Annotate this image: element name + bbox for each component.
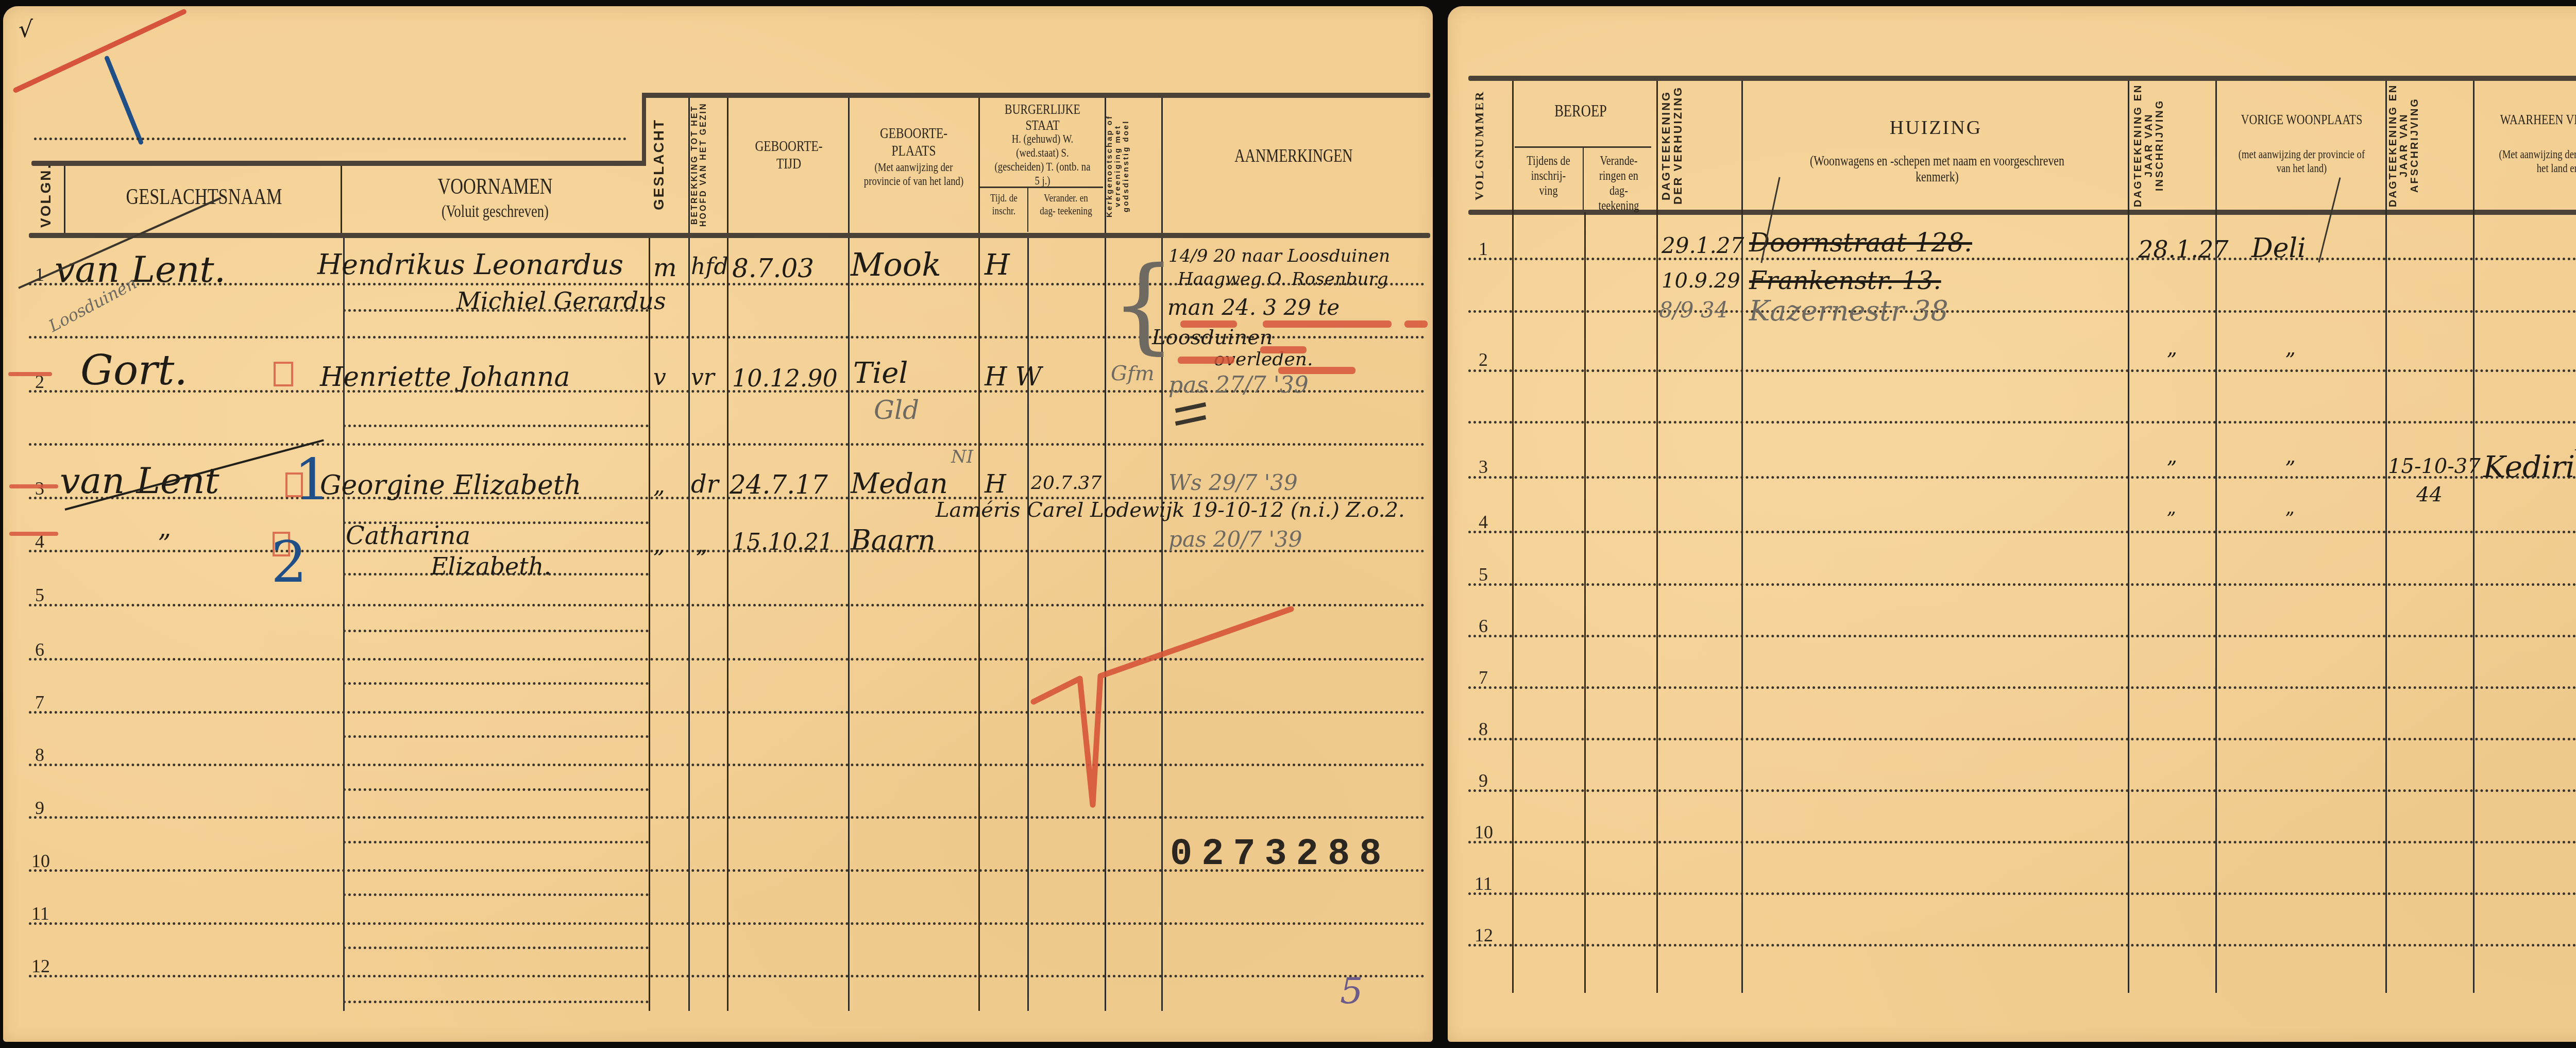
check-mark-icon: √ <box>19 16 33 43</box>
geslacht-row-1: m <box>653 253 677 282</box>
sub-line <box>343 630 649 632</box>
voornamen-row-4-line2: Elizabeth. <box>431 552 551 580</box>
row-number: 12 <box>31 955 50 977</box>
red-tick-mark <box>9 532 58 536</box>
geboorteplaats-row-1: Mook <box>851 246 941 283</box>
header-dagteekening-afschrijving: DAGTEEKENING EN JAAR VAN AFSCHRIJVING <box>2388 83 2470 207</box>
red-box-mark <box>274 362 293 386</box>
header-waarheen-sub: (Met aanwijzing der provincie of van het… <box>2495 148 2576 176</box>
row-number: 7 <box>35 691 44 713</box>
col-line <box>2128 81 2129 993</box>
double-dash-mark <box>1175 402 1206 413</box>
betrekking-row-1: hfd <box>691 253 728 280</box>
header-col-line <box>341 166 342 233</box>
aanmerking-row-2: pas 27/7 '39 <box>1168 372 1309 398</box>
body-col-line <box>649 238 650 1011</box>
geslachtsnaam-row-3: van Lent <box>60 460 219 502</box>
inschrijving-row-2: ” <box>2166 349 2177 373</box>
header-voornamen: VOORNAMEN <box>377 174 614 199</box>
geslacht-row-2: v <box>653 364 666 391</box>
huizing-address-3: Kazernestr 38 <box>1749 295 1948 327</box>
voornamen-row-3: Georgine Elizabeth <box>320 470 581 501</box>
header-step <box>642 93 646 166</box>
row-line-2 <box>1468 369 2576 372</box>
beroep-subdivider <box>1583 148 1584 210</box>
betrekking-row-3: dr <box>691 470 719 499</box>
geboorteplaats-row-2-province: Gld <box>874 395 919 425</box>
header-col-line <box>688 98 690 233</box>
col-line <box>2215 81 2217 993</box>
row-number: 10 <box>1475 821 1493 843</box>
header-waarheen: WAARHEEN VERTROKKEN <box>2495 112 2576 128</box>
serial-number: 0273288 <box>1170 833 1391 875</box>
header-dagteekening-verhuizing: DAGTEEKENING DER VERHUIZING <box>1660 83 1737 207</box>
header-huizing: HUIZING <box>1744 117 2128 139</box>
voornamen-row-4: Catharina <box>346 521 470 550</box>
row-number: 9 <box>1479 770 1488 791</box>
kerkgenootschap-row-2: Gfm <box>1111 362 1155 385</box>
aanmerking-row-1-line3: man 24. 3 29 te <box>1167 295 1340 320</box>
red-underline <box>1180 320 1237 328</box>
voornamen-row-1: Hendrikus Leonardus <box>317 248 623 281</box>
verhuizing-date-3: 8/9 34 <box>1659 297 1728 323</box>
row-number: 2 <box>1479 349 1488 370</box>
header-dotted-line <box>34 138 626 140</box>
header-top-rule-right <box>642 93 1430 98</box>
body-col-line <box>978 238 980 1011</box>
row-line-5 <box>1468 583 2576 586</box>
row-number: 8 <box>35 744 44 766</box>
bs-subdivider <box>1027 188 1028 232</box>
aanmerking-row-1-line2: Haagweg O. Rosenburg <box>1178 269 1388 290</box>
header-voornamen-sub: (Voluit geschreven) <box>377 202 614 222</box>
row-line <box>29 443 1425 446</box>
header-bottom-rule <box>29 233 1430 238</box>
header-huizing-sub: (Woonwagens en -schepen met naam en voor… <box>1797 153 2078 185</box>
body-col-line <box>727 238 728 1011</box>
header-col-line <box>1105 98 1106 233</box>
row-line-11 <box>1468 892 2576 895</box>
geboorteplaats-row-3-note: NI <box>951 447 973 467</box>
row-line-4 <box>1468 531 2576 533</box>
geboortetijd-row-3: 24.7.17 <box>730 470 828 500</box>
sub-line <box>343 735 649 738</box>
row-number: 5 <box>35 584 44 606</box>
sub-line <box>343 425 649 427</box>
col-line <box>2385 81 2387 993</box>
inschrijving-row-3: ” <box>2166 457 2177 481</box>
header-top-rule <box>1468 76 2576 81</box>
header-burgerlijke-staat-sub: H. (gehuwd) W. (wed.staat) S. (gescheide… <box>993 132 1092 188</box>
body-col-line <box>848 238 850 1011</box>
bs-verander-row-3: 20.7.37 <box>1031 472 1101 494</box>
header-geboorteplaats-sub: (Met aanwijzing der provincie of van het… <box>862 161 965 189</box>
row-number: 9 <box>35 797 44 819</box>
header-col-line <box>978 98 980 233</box>
geboortetijd-row-4: 15.10.21 <box>732 529 833 555</box>
aanmerking-row-1-line4: Loosduinen <box>1152 326 1273 349</box>
afschrijving-row-3-note: 44 <box>2416 483 2443 506</box>
header-bs-tijd: Tijd. de inschr. <box>985 192 1023 217</box>
bottom-mark: 5 <box>1340 970 1363 1012</box>
row-line-1 <box>1468 258 2576 260</box>
col-line <box>2473 81 2475 993</box>
header-kerkgenootschap: Kerkgenootschap of vereeniging met godsd… <box>1106 102 1160 230</box>
sub-line <box>343 1001 649 1003</box>
red-underline <box>1260 346 1307 353</box>
pen-stroke <box>2318 177 2341 263</box>
header-geboortetijd: GEBOORTE- TIJD <box>742 138 835 172</box>
verhuizing-date-2: 10.9.29 <box>1662 269 1740 293</box>
spouse-note-row-3: Laméris Carel Lodewijk 19-10-12 (n.i.) Z… <box>936 498 1405 522</box>
geslacht-row-3: „ <box>653 472 665 499</box>
header-aanmerkingen: AANMERKINGEN <box>1191 145 1396 166</box>
row-number: 11 <box>1475 873 1493 894</box>
sub-line <box>343 841 649 843</box>
row-number: 8 <box>1479 718 1488 740</box>
vorige-woonplaats-row-3: ” <box>2285 457 2295 481</box>
row-line-6 <box>1468 635 2576 637</box>
geslachtsnaam-row-2: Gort. <box>80 346 188 394</box>
header-beroep-veranderingen: Verande- ringen en dag- teekening <box>1590 153 1647 213</box>
header-betrekking: BETREKKING TOT HET HOOFD VAN HET GEZIN <box>691 102 727 228</box>
aanmerking-row-1-line1: 14/9 20 naar Loosduinen <box>1168 246 1390 266</box>
betrekking-row-2: vr <box>691 364 715 391</box>
geboorteplaats-row-4: Baarn <box>851 524 936 556</box>
red-tick-mark <box>9 484 58 488</box>
geboortetijd-row-2: 10.12.90 <box>732 364 838 392</box>
col-line <box>1512 81 1514 993</box>
row-number: 7 <box>1479 667 1488 688</box>
row-number: 3 <box>1479 456 1488 478</box>
left-registration-card: √ VOLGN. GESLACHTSNAAM VOORNAMEN (Voluit… <box>3 6 1433 1042</box>
header-volgnummer: VOLGNUMMER <box>1473 83 1510 207</box>
bs-tijd-row-2: H W <box>985 362 1042 392</box>
body-col-line <box>688 238 690 1011</box>
red-pencil-stroke <box>12 8 188 93</box>
col-line <box>1656 81 1658 993</box>
header-geslacht: GESLACHT <box>651 102 682 228</box>
right-registration-card: VOLGNUMMER BEROEP Tijdens de inschrij- v… <box>1448 6 2576 1042</box>
row-line-12 <box>29 975 1425 977</box>
aanmerking-row-4: pas 20/7 '39 <box>1168 527 1302 552</box>
geslachtsnaam-row-4: ” <box>158 529 171 559</box>
afschrijving-row-3: 15-10-37 <box>2388 454 2481 478</box>
sub-line <box>343 682 649 685</box>
red-check-mark-icon <box>1028 588 1296 815</box>
col-line <box>1584 212 1586 993</box>
row-number: 10 <box>31 850 50 872</box>
row-line-9 <box>29 816 1425 819</box>
row-line-10 <box>1468 841 2576 843</box>
red-underline <box>1178 357 1234 364</box>
sub-line <box>343 946 649 949</box>
header-col-line <box>1161 98 1163 233</box>
row-number: 6 <box>1479 615 1488 637</box>
row-number: 12 <box>1475 924 1493 946</box>
header-volgn: VOLGN. <box>38 171 59 228</box>
inschrijving-row-1: 28.1.27 <box>2138 235 2229 263</box>
vorige-woonplaats-row-2: ” <box>2285 349 2295 373</box>
row-line-11 <box>29 922 1425 925</box>
geboortetijd-row-1: 8.7.03 <box>732 253 814 283</box>
huizing-address-2: Frankenstr. 13. <box>1749 266 1941 295</box>
aanmerking-row-3: Ws 29/7 '39 <box>1168 470 1298 495</box>
header-col-line <box>727 98 728 233</box>
vorige-woonplaats-row-1: Deli <box>2251 233 2306 264</box>
waarheen-row-3-note: 14381 <box>2573 434 2576 455</box>
row-number: 6 <box>35 639 44 661</box>
header-burgerlijke-staat: BURGERLIJKE STAAT <box>993 102 1092 134</box>
sub-line <box>343 788 649 791</box>
header-vorige-woonplaats: VORIGE WOONPLAATS <box>2236 112 2367 128</box>
bs-divider <box>979 187 1103 188</box>
red-underline <box>1263 320 1392 328</box>
bs-tijd-row-3: H <box>985 470 1006 499</box>
blue-pencil-stroke <box>104 55 144 145</box>
verhuizing-date-1: 29.1.27 <box>1662 233 1744 258</box>
red-tick-mark <box>8 372 52 376</box>
row-number: 5 <box>1479 564 1488 585</box>
row-line-7 <box>1468 686 2576 689</box>
bs-tijd-row-1: H <box>985 248 1010 282</box>
header-geboorteplaats: GEBOORTE- PLAATS <box>862 125 965 159</box>
header-top-rule-left <box>31 161 645 166</box>
geboorteplaats-row-3: Medan <box>851 467 948 500</box>
row-number: 4 <box>1479 511 1488 533</box>
red-underline <box>1404 320 1428 328</box>
blue-mark-2: 2 <box>271 529 307 595</box>
row-number: 1 <box>1479 238 1488 260</box>
double-dash-mark <box>1175 415 1206 426</box>
col-line <box>1741 81 1743 993</box>
voornamen-row-1-line2: Michiel Gerardus <box>456 287 666 315</box>
row-number: 1 <box>35 264 44 285</box>
row-line <box>1468 310 2576 313</box>
header-beroep-tijdens: Tijdens de inschrij- ving <box>1521 153 1575 198</box>
header-col-line <box>64 166 65 233</box>
header-vorige-woonplaats-sub: (met aanwijzing der provincie of van het… <box>2236 148 2367 176</box>
row-line-8 <box>1468 738 2576 740</box>
waarheen-row-3: Kediri <box>2483 449 2575 484</box>
betrekking-row-4: „ <box>696 532 708 558</box>
row-line <box>1468 421 2576 424</box>
row-line-12 <box>1468 944 2576 946</box>
huizing-address-1: Doornstraat 128. <box>1749 228 1972 258</box>
header-beroep: BEROEP <box>1529 102 1633 121</box>
header-col-line <box>848 98 850 233</box>
vorige-woonplaats-row-4: ” <box>2285 509 2294 530</box>
inschrijving-row-4: ” <box>2166 509 2176 530</box>
geslacht-row-4: „ <box>653 532 665 558</box>
row-line-9 <box>1468 789 2576 792</box>
row-number: 3 <box>35 478 44 499</box>
sub-line <box>343 893 649 896</box>
geslachtsnaam-row-1: van Lent. <box>55 248 226 291</box>
row-number: 11 <box>31 903 49 924</box>
geboorteplaats-row-2: Tiel <box>853 357 908 390</box>
voornamen-row-2: Henriette Johanna <box>320 362 570 393</box>
header-bs-verander: Verander. en dag- teekening <box>1036 192 1096 217</box>
header-dagteekening-inschrijving: DAGTEEKENING EN JAAR VAN INSCHRIJVING <box>2133 83 2215 207</box>
